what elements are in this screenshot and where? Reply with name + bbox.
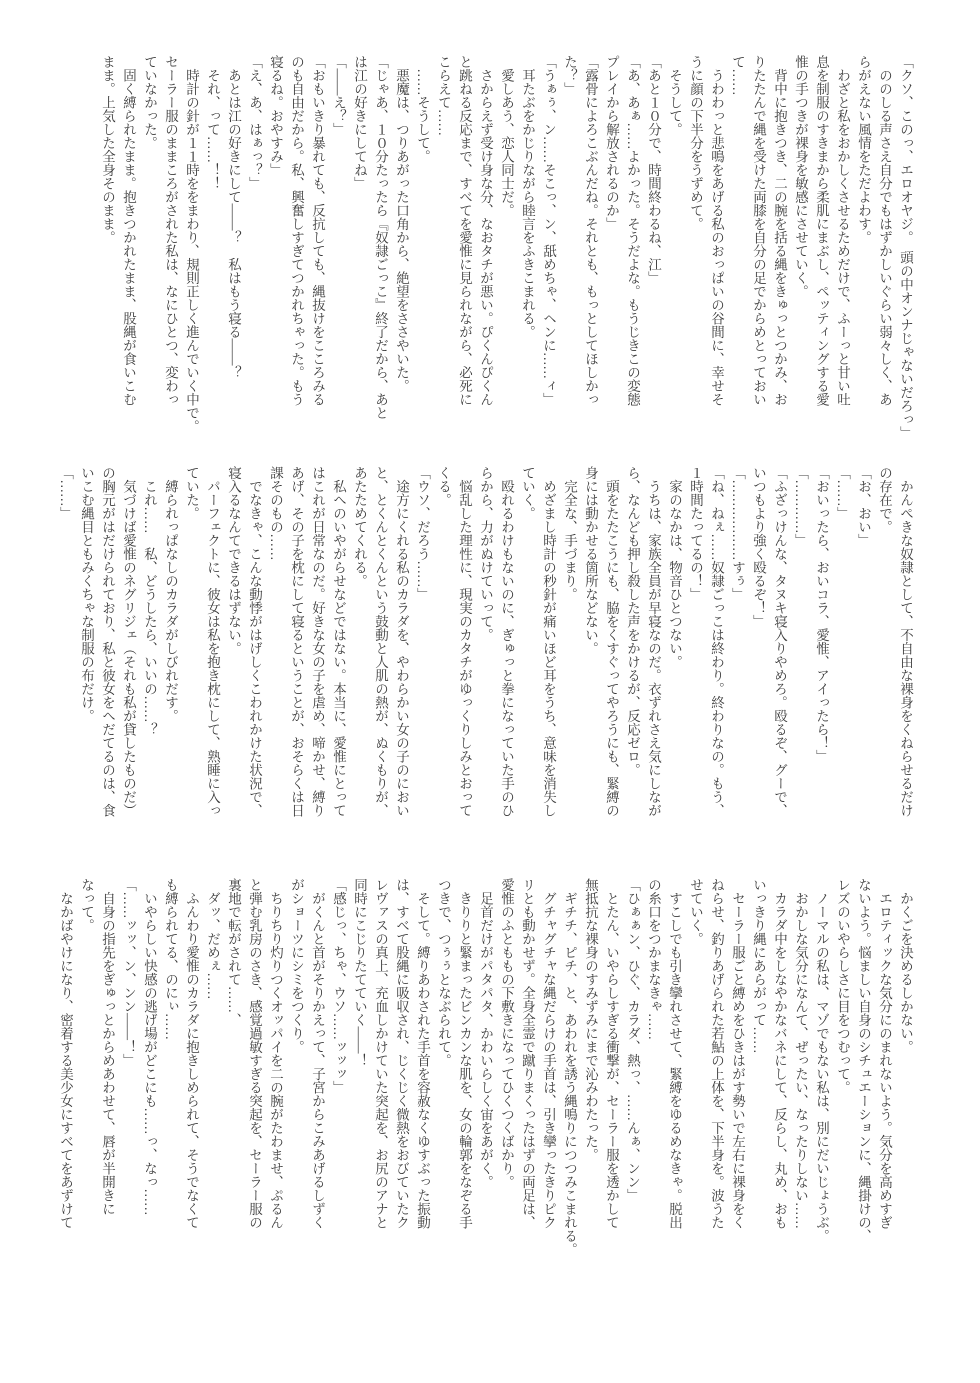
text-column: 「感じっ、ちゃ、ウソ……ッッッ」 [328,878,349,1282]
text-column: すこしでも引き攣れさせて、緊縛をゆるめなきゃ。脱出 [664,878,685,1282]
text-column: 「……」 [55,466,76,870]
text-column: と弾む乳房のさき、感覚過敏すぎる突起を、セーラー服の [244,878,265,1282]
text-column: なかばやけになり、密着する美少女にすべてをあずけて [55,878,76,1282]
text-column: 「おもいきり暴れても、反抗しても、縄抜けをこころみる [307,55,328,459]
text-column: 背中に抱きつき、二の腕を括る縄をきゅっとつかみ、お [769,55,790,459]
text-column: １時間たってるの！」 [685,466,706,870]
text-column: ていなかった。 [139,55,160,459]
text-column: ダッ、だめぇ…… [202,878,223,1282]
text-column: はこれが日常なのだ。好きな女の子を虐め、啼かせ、縛り [307,466,328,870]
text-column: 「ウソ、だろう……」 [412,466,433,870]
text-column: 「——え？」 [328,55,349,459]
text-column: そして。縛りあわされた手首を容赦なくゆすぶった振動 [412,878,433,1282]
text-column: とたん、いやらしすぎる衝撃が、セーラー服を透かして [601,878,622,1282]
text-column: ないよう。悩ましい自身のシチュエーションに、縄掛けの、 [853,878,874,1282]
text-column: がくんと首がそりかえって、子宮からこみあげるしずく [307,878,328,1282]
text-column: でなきゃ、こんな動悸がはげしくこわれかけた状況で、 [244,466,265,870]
text-column: つきで、つぅぅとなぶられて。 [433,878,454,1282]
text-column: グチャグチャな縄だらけの手首は、引き攣ったきりピク [538,878,559,1282]
text-column: がショーツにシミをつくり。 [286,878,307,1282]
text-column: いこむ縄目ともみくちゃな制服の布だけ。 [76,466,97,870]
text-column: せていく。 [685,878,706,1282]
text-column: あたためてくれる。 [349,466,370,870]
text-column: 課そのもの…… [265,466,286,870]
text-column: 愛惟のふとももの下敷きになってひくつくばかり。 [496,878,517,1282]
text-column: 「……ッッ、ン、ンン——！」 [118,878,139,1282]
text-column: リとも動かせず。全身全霊で蹴りまくったはずの両足は、 [517,878,538,1282]
text-column: 「……」 [832,466,853,870]
text-column: わざと私をおかしくさせるためだけで、ふーっと甘い吐 [832,55,853,459]
text-column: は江の好きにしてね」 [349,55,370,459]
text-column: いっきり縄にあらがって…… [748,878,769,1282]
text-column: 「じゃあ、１０分たったら『奴隷ごっこ』終了だから、あと [370,55,391,459]
text-column: ちりちり灼りつくオッパイを二の腕がたわませ、ぷるん [265,878,286,1282]
text-column: ねらせ、釣りあげられた若鮎の上体を、下半身を。波うた [706,878,727,1282]
text-column: と、とくんとくんという鼓動と人肌の熱が、ぬくもりが、 [370,466,391,870]
text-column: これ…… 私、どうしたら、いいの……？ [139,466,160,870]
text-column: かくごを決めるしかない。 [895,878,916,1282]
text-column: 無抵抗な裸身のすみずみにまで沁みわたった。 [580,878,601,1282]
text-column: 気づけば愛惟のネグリジェ（それも私が貸したものだ） [118,466,139,870]
text-column: 惟の手つきが裸身を敏感にさせていく。 [790,55,811,459]
text-column: 寝入るなんてできるはずない。 [223,466,244,870]
text-column: さからえず受け身な分、なおタチが悪い。ぴくんぴくん [475,55,496,459]
text-column: 完全な、手づまり。 [559,466,580,870]
text-column: の存在で。 [874,466,895,870]
text-column: ……そうして。 [412,55,433,459]
text-column: 頭をたたこうにも、脇をくすぐってやろうにも、緊縛の [601,466,622,870]
text-block-top: 「クソ、このっ、エロオヤジ。 頭の中オンナじゃないだろっ」 ののしる声さえ自分で… [97,55,916,459]
text-column: 「あと１０分で、時間終わるね、江」 [643,55,664,459]
text-column: エロティックな気分にのまれないよう。気分を高めすぎ [874,878,895,1282]
text-column: いやらしい快感の逃げ場がどこにも……っ、なっ…… [139,878,160,1282]
text-column: それ、って……！！ [202,55,223,459]
text-column: まま。上気した全身そのまま。 [97,55,118,459]
text-column: ていく。 [517,466,538,870]
text-column: カラダ中をしなやかなバネにして、反らし、丸め、おも [769,878,790,1282]
text-column: 裏地で転がされて……、 [223,878,244,1282]
text-column: 「お、おい」 [853,466,874,870]
text-column: レヴァスの真上、充血しかけていた突起を、お尻のアナと [370,878,391,1282]
text-column: 「…………」 [790,466,811,870]
text-column: の糸口をつかまなきゃ…… [643,878,664,1282]
text-column: 耳たぶをかじりながら睦言をふきこまれる。 [517,55,538,459]
text-column: 殴れるわけもないのに、ぎゅっと拳になっていた手のひ [496,466,517,870]
text-column: ら、なんども押し殺した声をかけるが、反応ゼロ。 [622,466,643,870]
text-column: パーフェクトに、彼女は私を抱き枕にして、熟睡に入っ [202,466,223,870]
text-column: の胸元がはだけられており、私と彼女をへだてるのは、食 [97,466,118,870]
text-column: プレイから解放されるのか」 [601,55,622,459]
text-column: 同時にこじりたてていく——！ [349,878,370,1282]
text-column: 息を制服のすきまから柔肌にまぶし、ペッティングする愛 [811,55,832,459]
text-column: 「ひぁぁン、ひぐ、カラダ、熱っ、……んぁ、ンン」 [622,878,643,1282]
text-column: らがえない風情をただよわす。 [853,55,874,459]
text-column: こらえて…… [433,55,454,459]
text-column: レズのいやらしさに目をつむって。 [832,878,853,1282]
text-column: と跳ねる反応まで、すべてを愛惟に見られながら、必死に [454,55,475,459]
text-column: 途方にくれる私のカラダを、やわらかい女の子のにおい [391,466,412,870]
text-column: て…… [727,55,748,459]
text-column: 悪魔は、つりあがった口角から、絶望をささやいた。 [391,55,412,459]
text-column: 愛しあう、恋人同士だ。 [496,55,517,459]
text-column: うちは、家族全員が早寝なのだ。衣ずれさえ気にしなが [643,466,664,870]
text-column: セーラー服ごと縛めをひきはがす勢いで左右に裸身をく [727,878,748,1282]
text-column: あとは江の好きにして——？ 私はもう寝る——？ [223,55,244,459]
text-column: は、すべて股縄に吸収され、じくじく微熱をおびていたク [391,878,412,1282]
text-column: 自身の指先をぎゅっとからめあわせて、唇が半開きに [97,878,118,1282]
text-column: かんぺきな奴隷として、不自由な裸身をくねらせるだけ [895,466,916,870]
text-column: ギチチ、ピチ、と、あわれを誘う縄鳴りにつつみこまれる。 [559,878,580,1282]
text-column: 「うぁぅ、ン……そこっ、ン、舐めちゃ、ヘンに……ィ」 [538,55,559,459]
text-column: も縛られてる、のにぃ…… [160,878,181,1282]
text-column: うに顔の下半分をうずめて。 [685,55,706,459]
text-block-bottom: かくごを決めるしかない。 エロティックな気分にのまれないよう。気分を高めすぎない… [55,878,916,1282]
text-column: 私へのいやがらせなどではない。本当に、愛惟にとって [328,466,349,870]
book-page: 「クソ、このっ、エロオヤジ。 頭の中オンナじゃないだろっ」 ののしる声さえ自分で… [0,0,980,1383]
text-column: 「え、あ、はぁっ？」 [244,55,265,459]
text-column: らから、力がぬけていって。 [475,466,496,870]
text-column: りたたんで縄を受けた両膝を自分の足でからめとっておい [748,55,769,459]
text-column: 寝るね。おやすみ」 [265,55,286,459]
text-column: ていた。 [181,466,202,870]
text-column: た？」 [559,55,580,459]
text-column: そうして。 [664,55,685,459]
text-column: めざまし時計の秒針が痛いほど耳をうち、意味を消失し [538,466,559,870]
text-column: 「クソ、このっ、エロオヤジ。 頭の中オンナじゃないだろっ」 [895,55,916,459]
text-column: くる。 [433,466,454,870]
text-column: 「あ、あぁ……よかった。そうだよな。もうじきこの変態 [622,55,643,459]
text-column: いつもより強く殴るぞ！」 [748,466,769,870]
text-column: 家のなかは、物音ひとつない。 [664,466,685,870]
text-column: のも自由だから。私、興奮しすぎてつかれちゃった。もう [286,55,307,459]
text-column: うわわっと悲鳴をあげる私のおっぱいの谷間に、幸せそ [706,55,727,459]
text-column: おかしな気分になんて、ぜったい、なったりしない…… [790,878,811,1282]
text-column: 時計の針が１１時ををまわり、規則正しく進んでいく中で。 [181,55,202,459]
text-column: 「ね、ねぇ……奴隷ごっこは終わり。終わりなの。もう、 [706,466,727,870]
text-column: 縛られっぱなしのカラダがしびれだす。 [160,466,181,870]
text-column: 固く縛られたまま。抱きつかれたまま、股縄が食いこむ [118,55,139,459]
text-column: あげ、その子を枕にして寝るということが、おそらくは日 [286,466,307,870]
text-column: 悩乱した理性に、現実のカタチがゆっくりしみとおって [454,466,475,870]
text-column: 「おいったら、おいコラ、愛惟、アイったら！」 [811,466,832,870]
text-column: ふんわり愛惟のカラダに抱きしめられて、そうでなくて [181,878,202,1282]
text-column: セーラー服のままころがされた私は、なにひとつ、変わっ [160,55,181,459]
text-column: 「露骨によろこぶんだね。それとも、もっとしてほしかっ [580,55,601,459]
text-column: きりりと緊まったビンカンな肌を、女の輪郭をなぞる手 [454,878,475,1282]
text-column: 「………………すぅ」 [727,466,748,870]
text-column: 「ふざっけんな、タヌキ寝入りやめろ。殴るぞ、グーで、 [769,466,790,870]
text-column: なって。 [76,878,97,1282]
text-column: 身には動かせる箇所などない。 [580,466,601,870]
text-column: 足首だけがパタパタ、かわいらしく宙をあがく。 [475,878,496,1282]
text-block-middle: かんぺきな奴隷として、不自由な裸身をくねらせるだけの存在で。「お、おい」「……」… [55,466,916,870]
text-column: ノーマルの私は、マゾでもない私は、別にだいじょうぶ。 [811,878,832,1282]
text-column: ののしる声さえ自分でもはずかしいぐらい弱々しく、あ [874,55,895,459]
